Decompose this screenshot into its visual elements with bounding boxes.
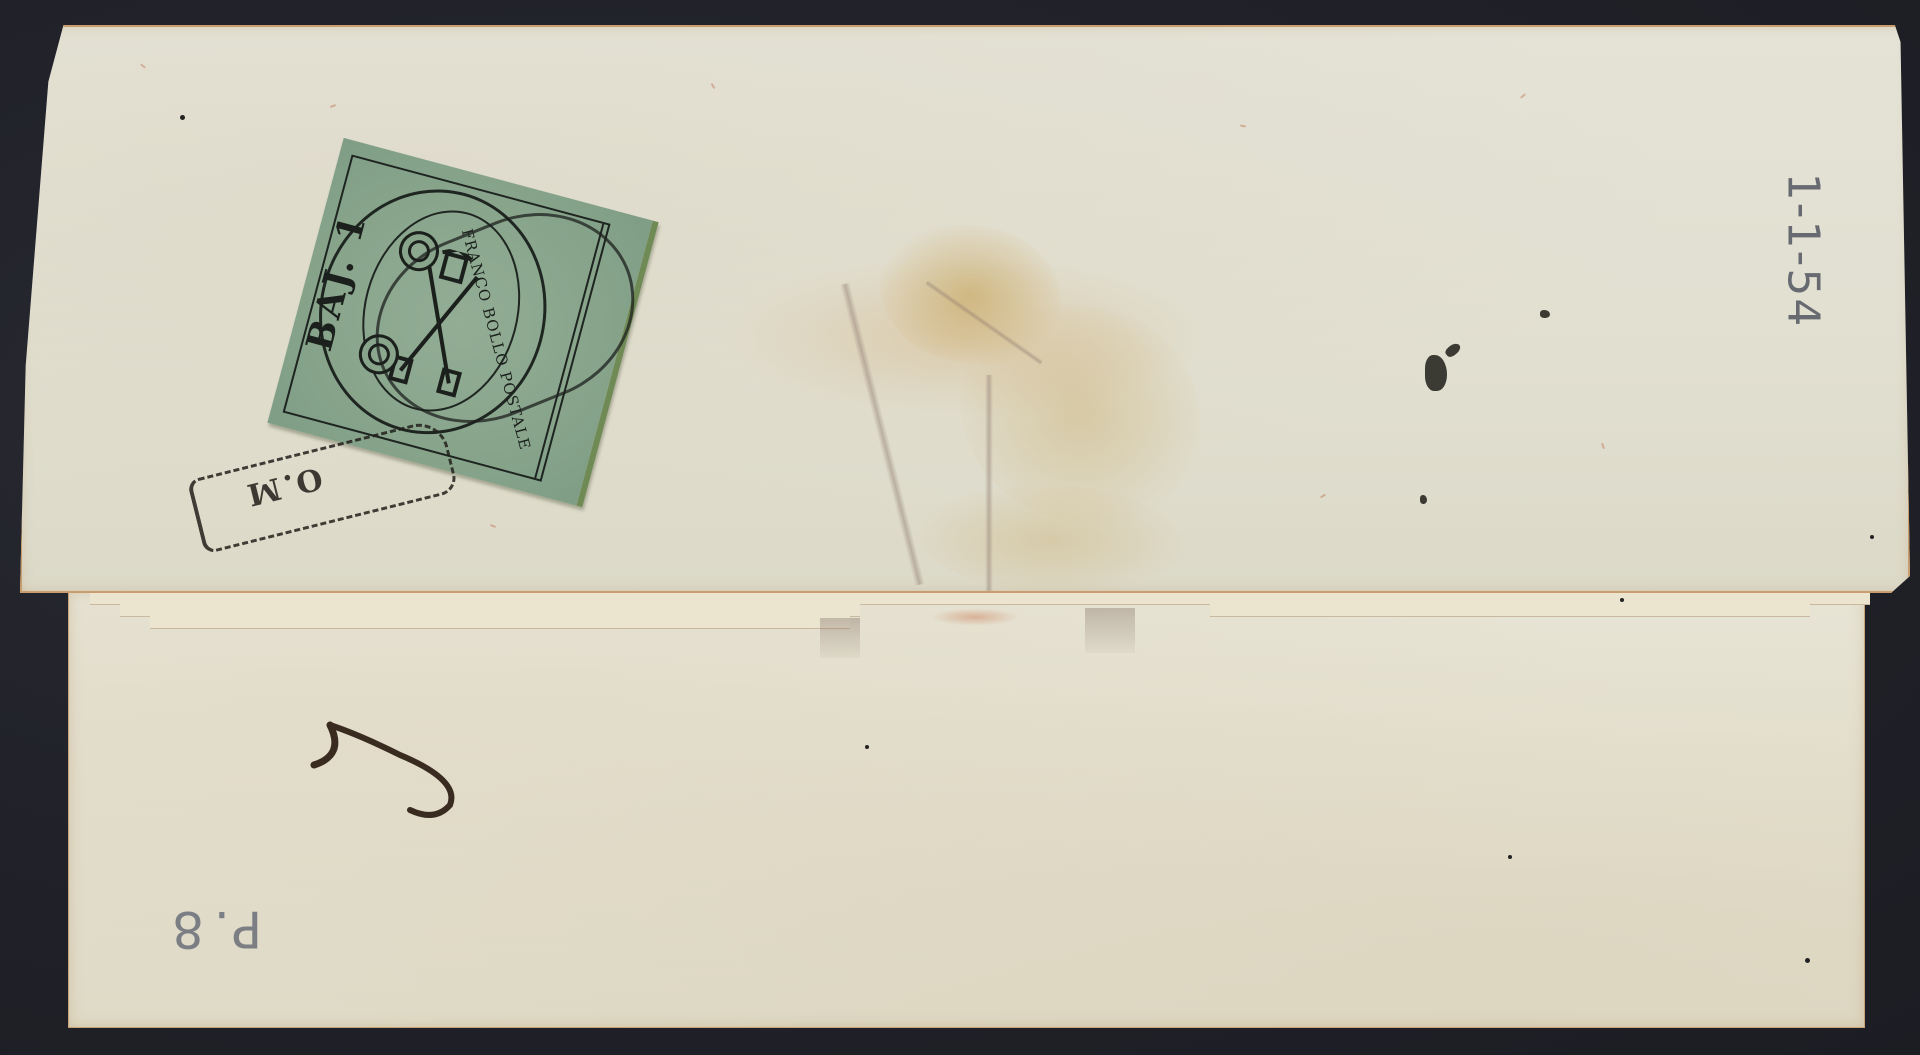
ink-numeral-mark <box>300 710 460 820</box>
ink-blot <box>1540 310 1550 318</box>
pencil-reference-annotation: P.8 <box>162 900 262 958</box>
ink-blot <box>1444 341 1463 359</box>
photo-scene: BAJ. 1 FRANCO BOLLO POSTALE O.M 1-1-54 <box>0 0 1920 1055</box>
pencil-date-annotation: 1-1-54 <box>1777 173 1828 329</box>
water-stain <box>920 485 1180 595</box>
ink-blot <box>1420 495 1427 504</box>
paper-tear <box>985 375 993 605</box>
postmark-text: O.M <box>240 460 326 513</box>
letter-fold-edges <box>60 588 1870 648</box>
ink-blot <box>1425 355 1447 391</box>
